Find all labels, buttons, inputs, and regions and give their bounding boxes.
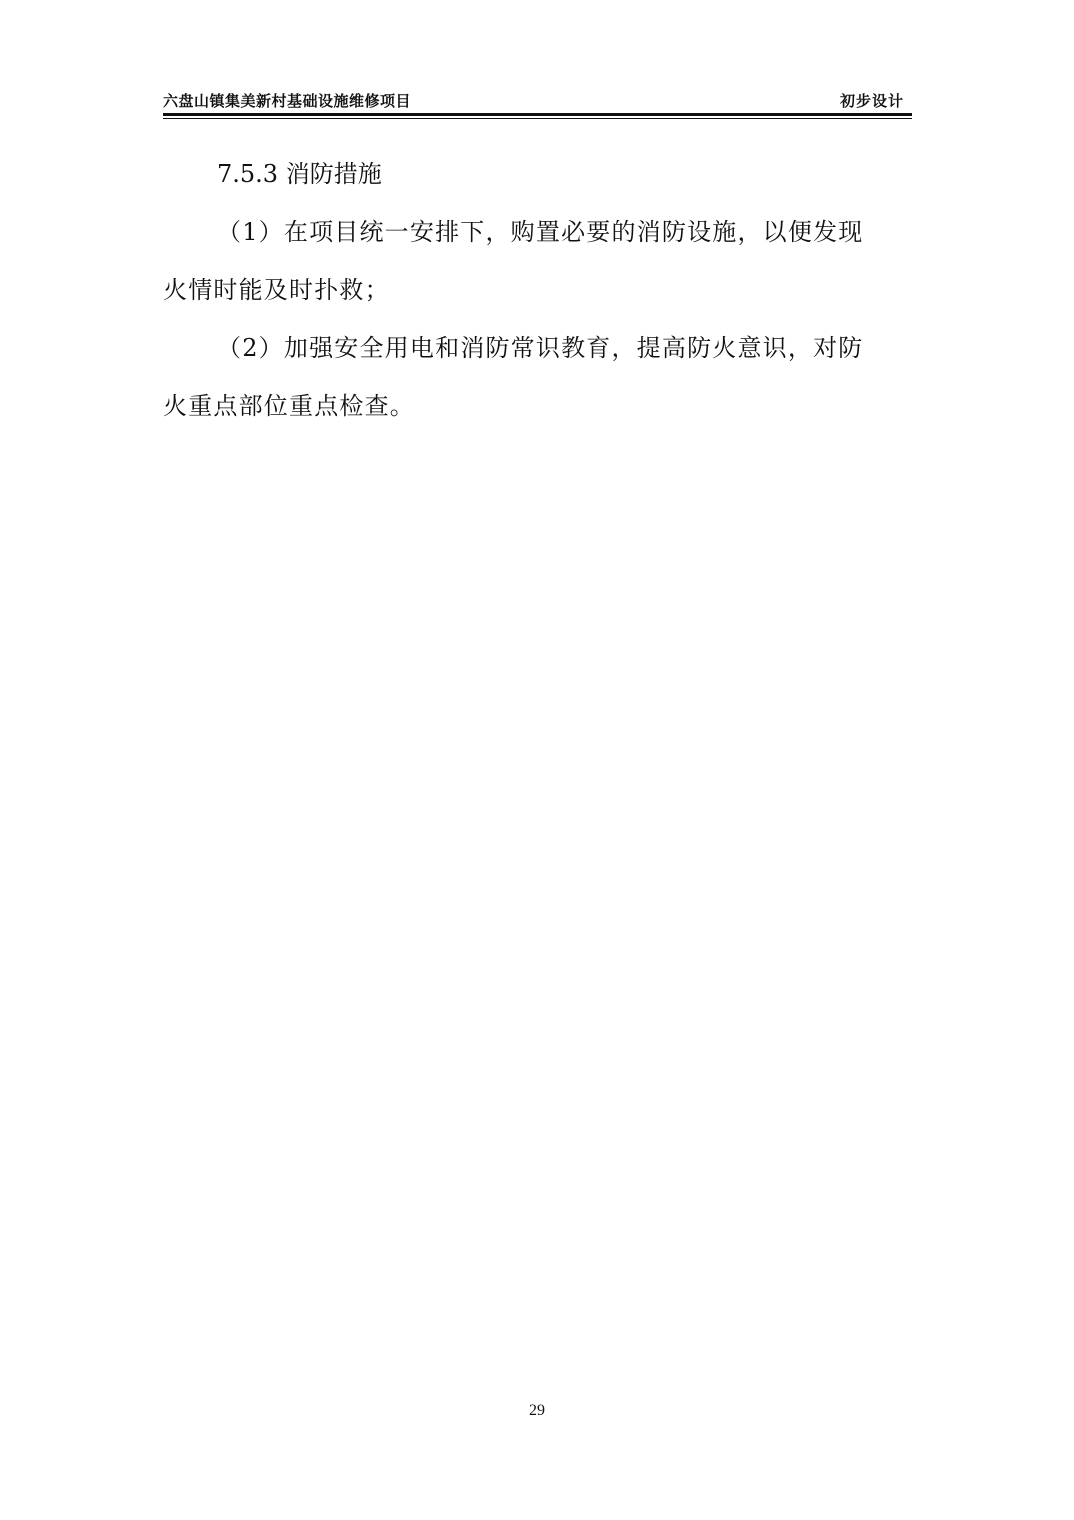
- header-rule-thin: [163, 118, 912, 119]
- paragraph-1-line-1: （1）在项目统一安排下，购置必要的消防设施，以便发现: [163, 203, 915, 261]
- paragraph-2-line-2: 火重点部位重点检查。: [163, 377, 915, 435]
- header-project-title: 六盘山镇集美新村基础设施维修项目: [163, 90, 411, 111]
- header-rule-thick: [163, 113, 912, 116]
- paragraph-2-line-1: （2）加强安全用电和消防常识教育，提高防火意识，对防: [163, 319, 915, 377]
- paragraph-1-line-2: 火情时能及时扑救；: [163, 261, 915, 319]
- document-body: 7.5.3 消防措施 （1）在项目统一安排下，购置必要的消防设施，以便发现 火情…: [163, 145, 915, 435]
- header-doc-type: 初步设计: [840, 90, 904, 111]
- page-number: 29: [0, 1402, 1074, 1420]
- page-header: 六盘山镇集美新村基础设施维修项目 初步设计: [163, 88, 912, 112]
- section-heading: 7.5.3 消防措施: [163, 145, 915, 203]
